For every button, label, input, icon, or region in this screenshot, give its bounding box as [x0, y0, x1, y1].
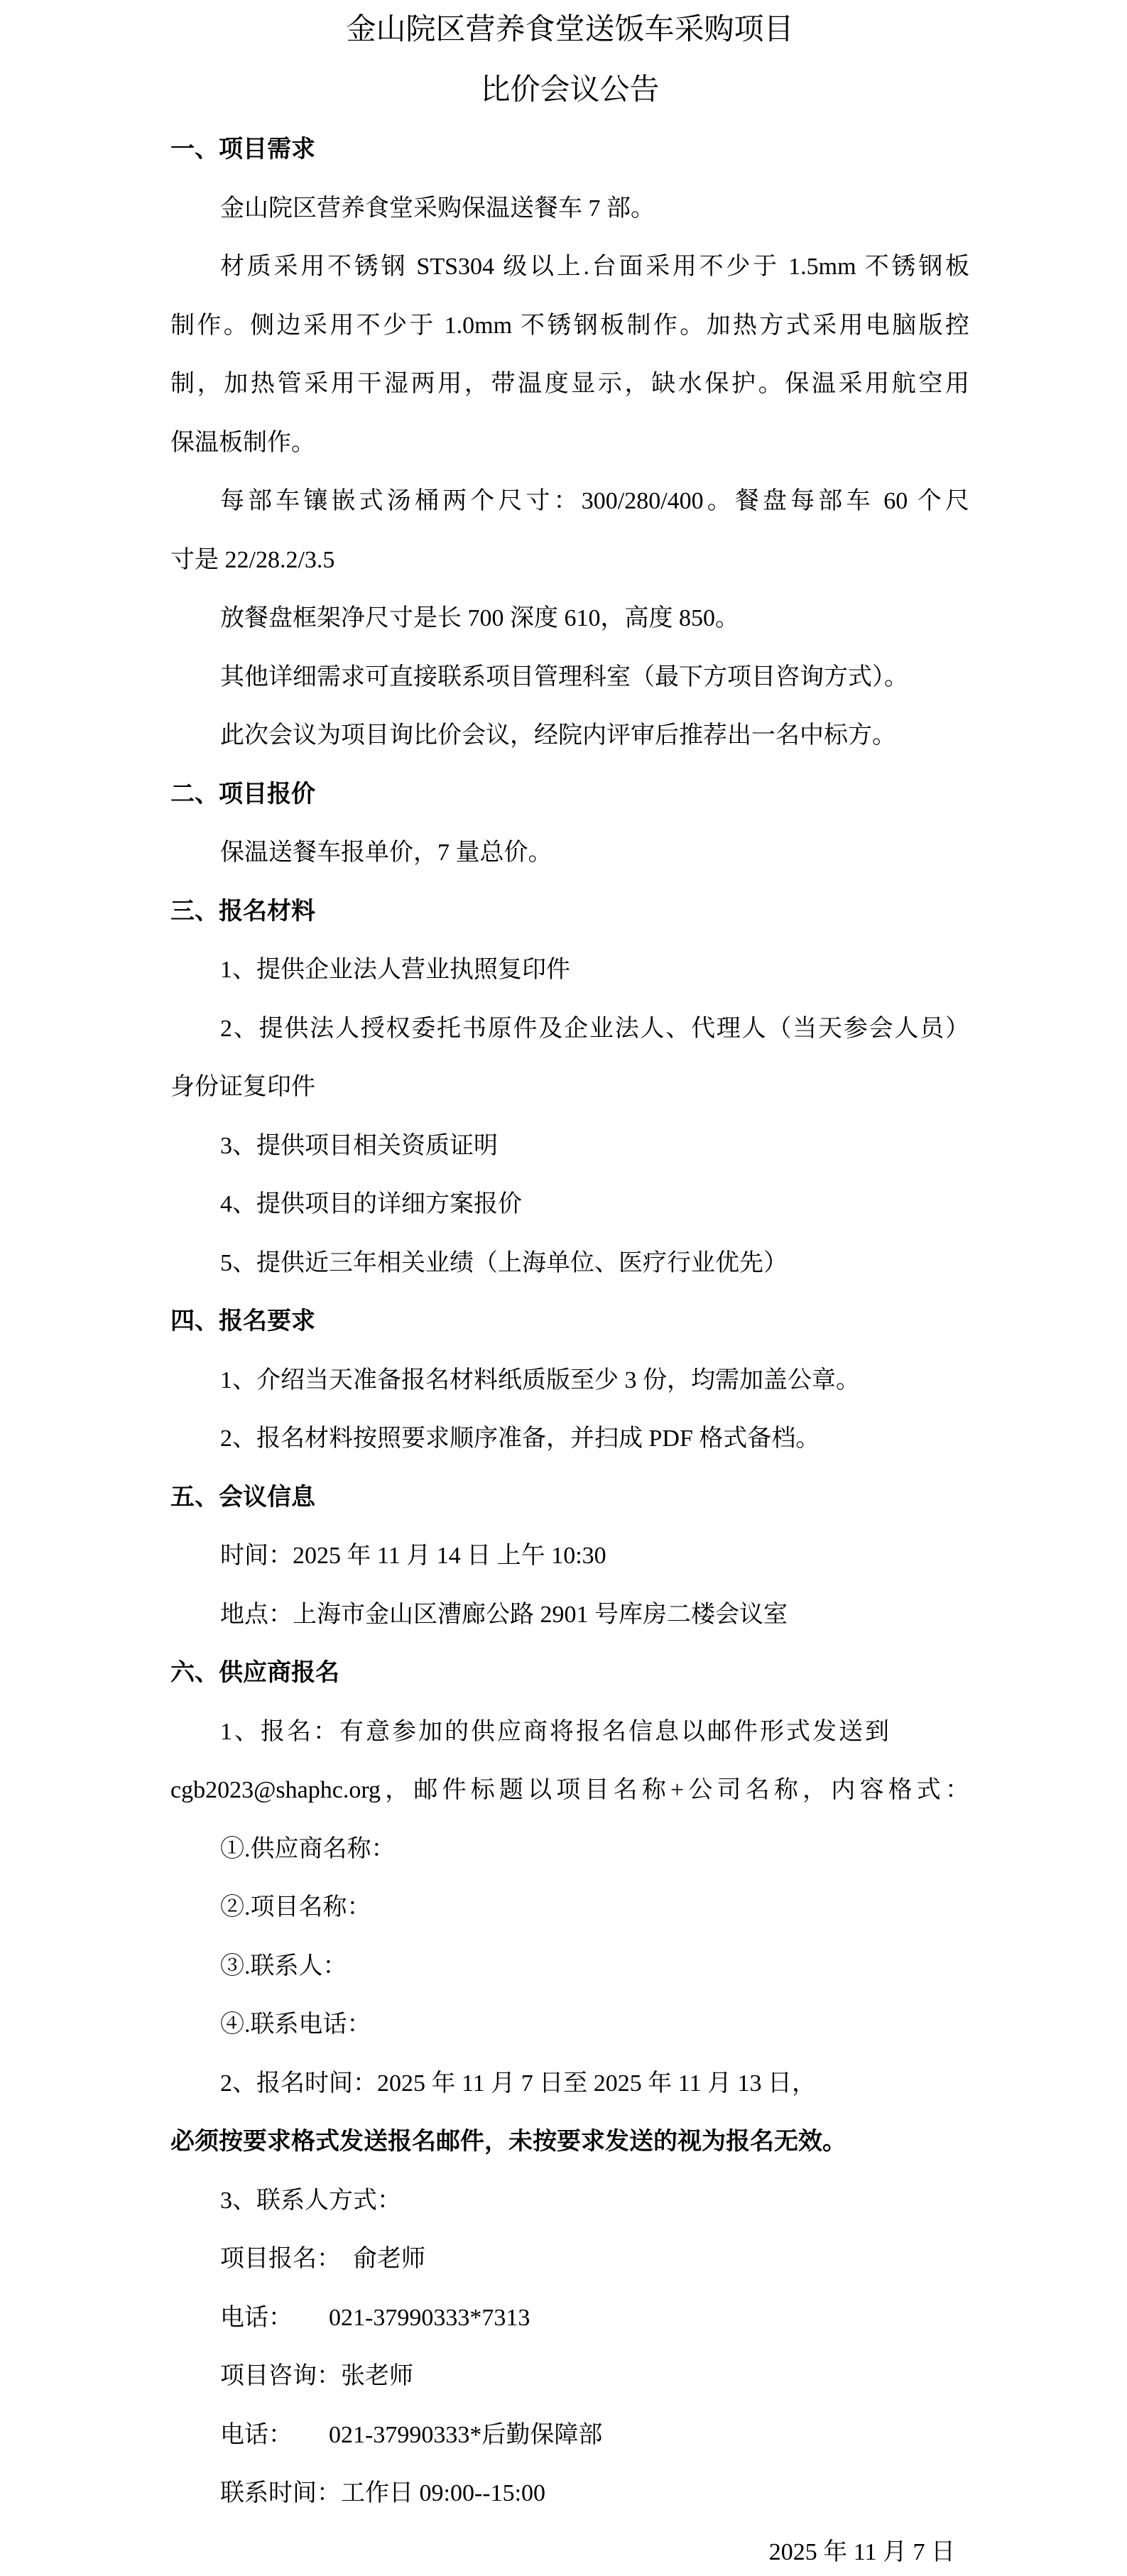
contact-phone-2: 电话： 021-37990333*后勤保障部	[170, 2406, 969, 2465]
document-lines: 一、项目需求金山院区营养食堂采购保温送餐车 7 部。材质采用不锈钢 STS304…	[170, 121, 969, 2576]
document-date: 2025 年 11 月 7 日	[170, 2523, 969, 2576]
notice-line: 必须按要求格式发送报名邮件，未按要求发送的视为报名无效。	[170, 2113, 969, 2172]
text-line: 制，加热管采用干湿两用，带温度显示，缺水保护。保温采用航空用	[170, 355, 969, 414]
meeting-location: 地点：上海市金山区漕廊公路 2901 号库房二楼会议室	[170, 1586, 969, 1645]
text-line: 其他详细需求可直接联系项目管理科室（最下方项目咨询方式）。	[170, 648, 969, 707]
text-line: 金山院区营养食堂采购保温送餐车 7 部。	[170, 180, 969, 239]
document-page: 金山院区营养食堂送饭车采购项目 比价会议公告 一、项目需求金山院区营养食堂采购保…	[0, 0, 1127, 2576]
text-line: 制作。侧边采用不少于 1.0mm 不锈钢板制作。加热方式采用电脑版控	[170, 297, 969, 356]
text-line: 2、提供法人授权委托书原件及企业法人、代理人（当天参会人员）	[170, 1000, 969, 1059]
section-heading-3: 三、报名材料	[170, 883, 969, 942]
section-heading-6: 六、供应商报名	[170, 1644, 969, 1703]
text-line: ③.联系人：	[170, 1938, 969, 1996]
section-heading-1: 一、项目需求	[170, 121, 969, 180]
section-heading-4: 四、报名要求	[170, 1293, 969, 1352]
section-heading-2: 二、项目报价	[170, 766, 969, 825]
text-line: 每部车镶嵌式汤桶两个尺寸：300/280/400。餐盘每部车 60 个尺	[170, 472, 969, 531]
contact-hours: 联系时间：工作日 09:00--15:00	[170, 2464, 969, 2523]
text-line: 3、联系人方式：	[170, 2172, 969, 2231]
text-line: 放餐盘框架净尺寸是长 700 深度 610，高度 850。	[170, 589, 969, 648]
document-subtitle: 比价会议公告	[170, 60, 969, 121]
email-line: cgb2023@shaphc.org，邮件标题以项目名称+公司名称，内容格式：	[170, 1761, 969, 1820]
contact-signup: 项目报名： 俞老师	[170, 2230, 969, 2289]
text-line: 此次会议为项目询比价会议，经院内评审后推荐出一名中标方。	[170, 707, 969, 766]
text-line: 2、报名材料按照要求顺序准备，并扫成 PDF 格式备档。	[170, 1410, 969, 1469]
text-line: 2、报名时间：2025 年 11 月 7 日至 2025 年 11 月 13 日…	[170, 2055, 969, 2114]
document-title: 金山院区营养食堂送饭车采购项目	[170, 0, 969, 60]
contact-phone-1: 电话： 021-37990333*7313	[170, 2289, 969, 2348]
text-line: 1、报名：有意参加的供应商将报名信息以邮件形式发送到	[170, 1703, 969, 1762]
text-line: 保温送餐车报单价，7 量总价。	[170, 824, 969, 883]
document-body: 金山院区营养食堂送饭车采购项目 比价会议公告 一、项目需求金山院区营养食堂采购保…	[170, 0, 969, 2576]
text-line: 3、提供项目相关资质证明	[170, 1117, 969, 1176]
text-line: 材质采用不锈钢 STS304 级以上.台面采用不少于 1.5mm 不锈钢板	[170, 238, 969, 297]
contact-consult: 项目咨询：张老师	[170, 2347, 969, 2406]
meeting-time: 时间：2025 年 11 月 14 日 上午 10:30	[170, 1527, 969, 1586]
text-line: 1、提供企业法人营业执照复印件	[170, 941, 969, 1000]
text-line: ②.项目名称：	[170, 1879, 969, 1938]
text-line: 1、介绍当天准备报名材料纸质版至少 3 份，均需加盖公章。	[170, 1352, 969, 1411]
text-line: 5、提供近三年相关业绩（上海单位、医疗行业优先）	[170, 1234, 969, 1293]
section-heading-5: 五、会议信息	[170, 1469, 969, 1528]
text-line: 4、提供项目的详细方案报价	[170, 1175, 969, 1234]
text-line: ④.联系电话：	[170, 1996, 969, 2055]
